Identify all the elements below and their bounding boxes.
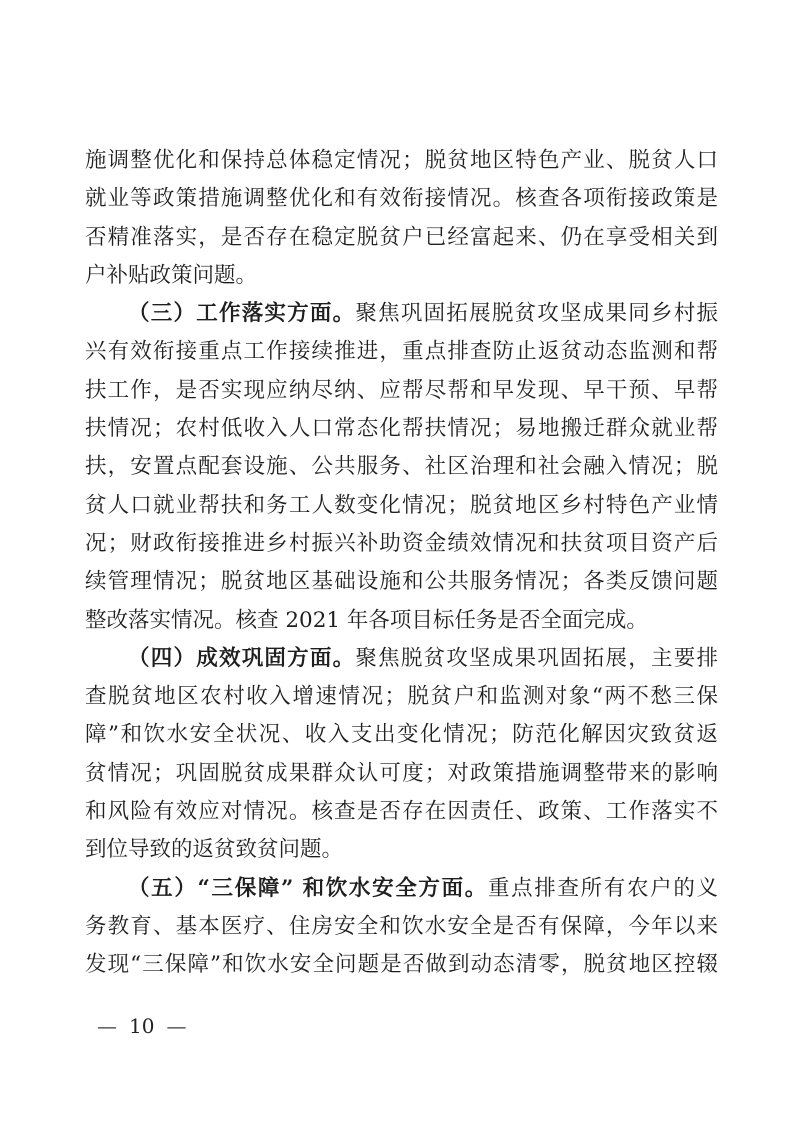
text-line: 查脱贫地区农村收入增速情况；脱贫户和监测对象“两不愁三保 bbox=[85, 678, 718, 716]
paragraph-text-run: 扶工作，是否实现应纳尽纳、应帮尽帮和早发现、早干预、早帮 bbox=[85, 378, 718, 403]
text-line: 续管理情况；脱贫地区基础设施和公共服务情况；各类反馈问题 bbox=[85, 563, 718, 601]
text-line: 否精准落实，是否存在稳定脱贫户已经富起来、仍在享受相关到 bbox=[85, 219, 718, 257]
text-line: （四）成效巩固方面。聚焦脱贫攻坚成果巩固拓展，主要排 bbox=[85, 640, 718, 678]
paragraph-heading-run: （四）成效巩固方面。 bbox=[128, 646, 355, 671]
paragraph-text-run: 查脱贫地区农村收入增速情况；脱贫户和监测对象“两不愁三保 bbox=[85, 684, 718, 709]
text-line: 扶情况；农村低收入人口常态化帮扶情况；易地搬迁群众就业帮 bbox=[85, 410, 718, 448]
text-line: 贫人口就业帮扶和务工人数变化情况；脱贫地区乡村特色产业情 bbox=[85, 487, 718, 525]
paragraph-text-run: 就业等政策措施调整优化和有效衔接情况。核查各项衔接政策是 bbox=[85, 186, 718, 211]
paragraph-text-run: 扶，安置点配套设施、公共服务、社区治理和社会融入情况；脱 bbox=[85, 454, 718, 479]
paragraph-text-run: 障”和饮水安全状况、收入支出变化情况；防范化解因灾致贫返 bbox=[85, 722, 718, 747]
document-body: 施调整优化和保持总体稳定情况；脱贫地区特色产业、脱贫人口就业等政策措施调整优化和… bbox=[85, 142, 718, 985]
paragraph-text-run: 和风险有效应对情况。核查是否存在因责任、政策、工作落实不 bbox=[85, 799, 718, 824]
paragraph-text-run: 贫人口就业帮扶和务工人数变化情况；脱贫地区乡村特色产业情 bbox=[85, 493, 718, 518]
text-line: 和风险有效应对情况。核查是否存在因责任、政策、工作落实不 bbox=[85, 793, 718, 831]
text-line: 扶，安置点配套设施、公共服务、社区治理和社会融入情况；脱 bbox=[85, 448, 718, 486]
para-work-implementation: （三）工作落实方面。聚焦巩固拓展脱贫攻坚成果同乡村振兴有效衔接重点工作接续推进，… bbox=[85, 295, 718, 640]
paragraph-text-run: 聚焦脱贫攻坚成果巩固拓展，主要排 bbox=[355, 646, 718, 671]
page-footer: — 10 — bbox=[97, 1014, 186, 1038]
text-line: 到位导致的返贫致贫问题。 bbox=[85, 831, 718, 869]
paragraph-text-run: 否精准落实，是否存在稳定脱贫户已经富起来、仍在享受相关到 bbox=[85, 225, 718, 250]
para-three-guarantees: （五）“三保障” 和饮水安全方面。重点排查所有农户的义务教育、基本医疗、住房安全… bbox=[85, 870, 718, 985]
text-line: （五）“三保障” 和饮水安全方面。重点排查所有农户的义 bbox=[85, 870, 718, 908]
paragraph-text-run: 续管理情况；脱贫地区基础设施和公共服务情况；各类反馈问题 bbox=[85, 569, 718, 594]
paragraph-text-run: 聚焦巩固拓展脱贫攻坚成果同乡村振 bbox=[355, 301, 718, 326]
page-number: 10 bbox=[129, 1014, 154, 1038]
paragraph-text-run: 贫情况；巩固脱贫成果群众认可度；对政策措施调整带来的影响 bbox=[85, 761, 718, 786]
paragraph-text-run: 到位导致的返贫致贫问题。 bbox=[85, 837, 343, 862]
text-line: （三）工作落实方面。聚焦巩固拓展脱贫攻坚成果同乡村振 bbox=[85, 295, 718, 333]
paragraph-text-run: 重点排查所有农户的义 bbox=[488, 876, 718, 901]
text-line: 就业等政策措施调整优化和有效衔接情况。核查各项衔接政策是 bbox=[85, 180, 718, 218]
text-line: 整改落实情况。核查 2021 年各项目标任务是否全面完成。 bbox=[85, 602, 718, 640]
paragraph-text-run: 发现“三保障”和饮水安全问题是否做到动态清零，脱贫地区控辍 bbox=[85, 952, 718, 977]
paragraph-text-run: 户补贴政策问题。 bbox=[85, 263, 257, 288]
text-line: 发现“三保障”和饮水安全问题是否做到动态清零，脱贫地区控辍 bbox=[85, 946, 718, 984]
text-line: 务教育、基本医疗、住房安全和饮水安全是否有保障，今年以来 bbox=[85, 908, 718, 946]
footer-dash-left: — bbox=[97, 1014, 117, 1038]
footer-dash-right: — bbox=[166, 1014, 186, 1038]
text-line: 扶工作，是否实现应纳尽纳、应帮尽帮和早发现、早干预、早帮 bbox=[85, 372, 718, 410]
paragraph-heading-run: （三）工作落实方面。 bbox=[128, 301, 355, 326]
para-policy-adjustment-continuation: 施调整优化和保持总体稳定情况；脱贫地区特色产业、脱贫人口就业等政策措施调整优化和… bbox=[85, 142, 718, 295]
document-page: 施调整优化和保持总体稳定情况；脱贫地区特色产业、脱贫人口就业等政策措施调整优化和… bbox=[0, 0, 793, 1122]
paragraph-text-run: 施调整优化和保持总体稳定情况；脱贫地区特色产业、脱贫人口 bbox=[85, 148, 718, 173]
paragraph-text-run: 兴有效衔接重点工作接续推进，重点排查防止返贫动态监测和帮 bbox=[85, 339, 718, 364]
text-line: 户补贴政策问题。 bbox=[85, 257, 718, 295]
paragraph-text-run: 扶情况；农村低收入人口常态化帮扶情况；易地搬迁群众就业帮 bbox=[85, 416, 718, 441]
text-line: 施调整优化和保持总体稳定情况；脱贫地区特色产业、脱贫人口 bbox=[85, 142, 718, 180]
paragraph-text-run: 整改落实情况。核查 2021 年各项目标任务是否全面完成。 bbox=[85, 608, 648, 633]
text-line: 兴有效衔接重点工作接续推进，重点排查防止返贫动态监测和帮 bbox=[85, 333, 718, 371]
paragraph-text-run: 况；财政衔接推进乡村振兴补助资金绩效情况和扶贫项目资产后 bbox=[85, 531, 718, 556]
para-effect-consolidation: （四）成效巩固方面。聚焦脱贫攻坚成果巩固拓展，主要排查脱贫地区农村收入增速情况；… bbox=[85, 640, 718, 870]
text-line: 况；财政衔接推进乡村振兴补助资金绩效情况和扶贫项目资产后 bbox=[85, 525, 718, 563]
text-line: 贫情况；巩固脱贫成果群众认可度；对政策措施调整带来的影响 bbox=[85, 755, 718, 793]
paragraph-heading-run: （五）“三保障” 和饮水安全方面。 bbox=[128, 876, 488, 901]
text-line: 障”和饮水安全状况、收入支出变化情况；防范化解因灾致贫返 bbox=[85, 716, 718, 754]
paragraph-text-run: 务教育、基本医疗、住房安全和饮水安全是否有保障，今年以来 bbox=[85, 914, 718, 939]
